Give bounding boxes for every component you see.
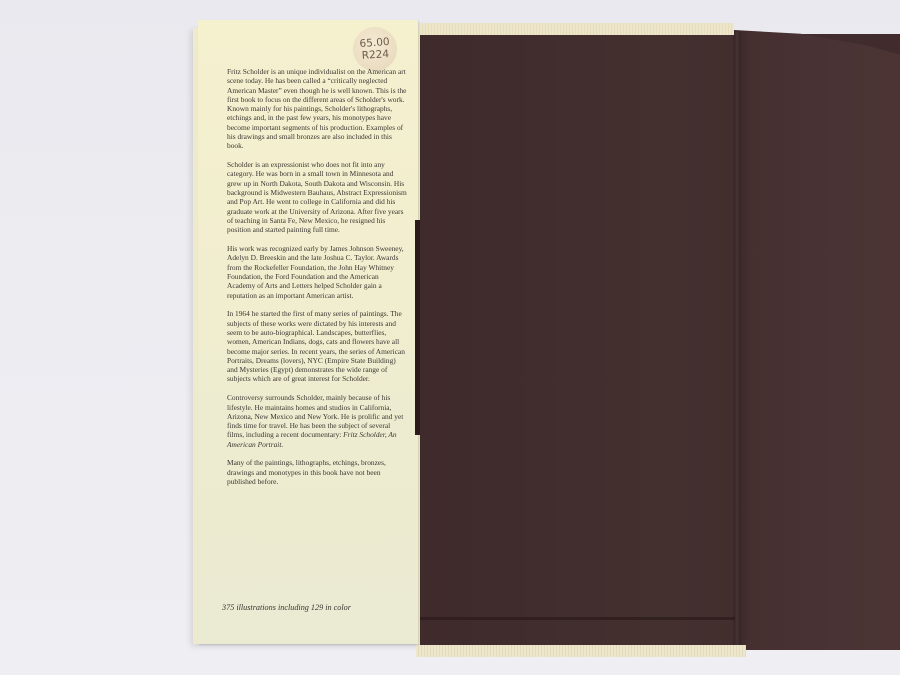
board-cloth-top-edge xyxy=(420,23,734,35)
hinge-crease xyxy=(733,32,741,648)
flap-edge-shadow xyxy=(415,220,420,435)
blurb-paragraph: Fritz Scholder is an unique individualis… xyxy=(227,67,407,151)
book-photo-scene: 65.00 R224 Fritz Scholder is an unique i… xyxy=(0,0,900,675)
turn-in-line xyxy=(420,617,735,620)
blurb-paragraph: Controversy surrounds Scholder, mainly b… xyxy=(227,393,407,449)
blurb-paragraph: Scholder is an expressionist who does no… xyxy=(227,160,407,234)
endpaper-free-leaf xyxy=(734,30,900,650)
blurb-paragraph: In 1964 he started the first of many ser… xyxy=(227,309,407,383)
blurb-paragraph: His work was recognized early by James J… xyxy=(227,244,407,300)
illustrations-note: 375 illustrations including 129 in color xyxy=(222,603,351,612)
board-cloth-bottom-edge xyxy=(416,645,746,657)
price-sticker-code: R224 xyxy=(361,48,389,62)
blurb-paragraph: Many of the paintings, lithographs, etch… xyxy=(227,458,407,486)
flap-blurb: Fritz Scholder is an unique individualis… xyxy=(227,67,407,496)
